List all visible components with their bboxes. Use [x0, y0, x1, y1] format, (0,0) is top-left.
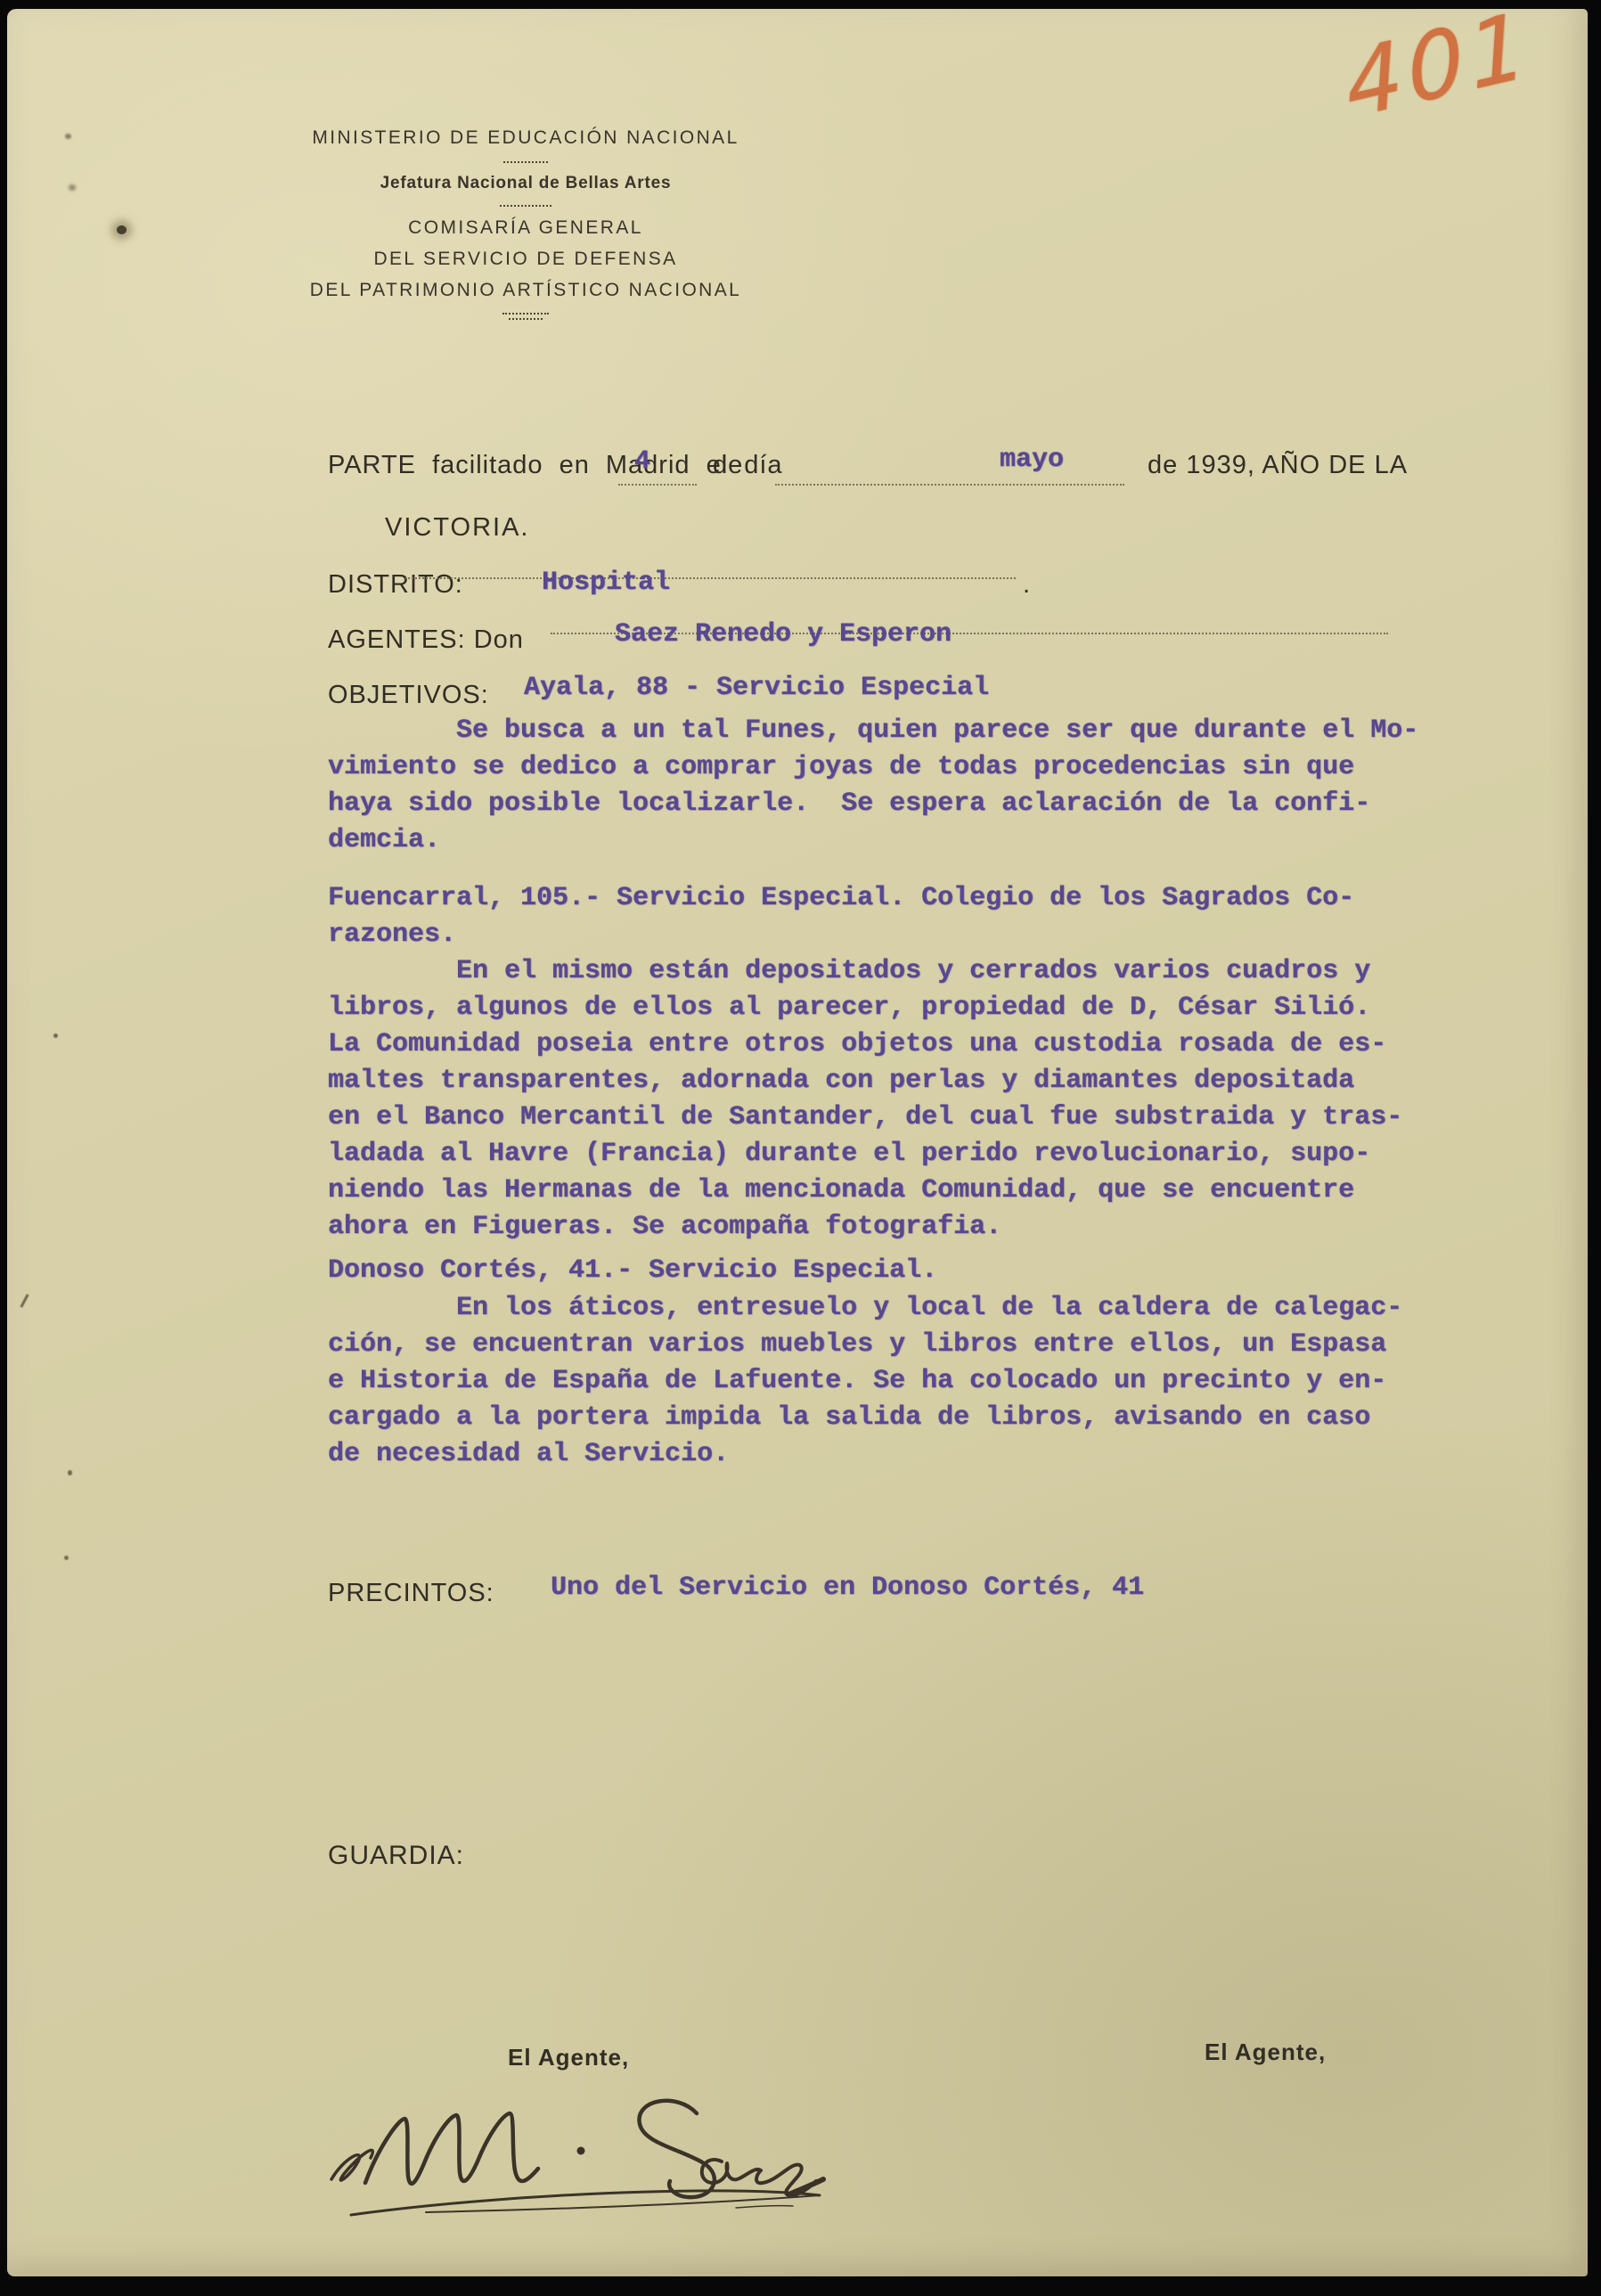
handwritten-signature-m-saez	[319, 2074, 836, 2230]
scanned-document-page: 401 MINISTERIO DE EDUCACIÓN NACIONAL Jef…	[0, 0, 1601, 2296]
month-dotted-rule	[775, 450, 1124, 486]
paper-speck	[65, 134, 71, 139]
distrito-dotted-rule	[405, 543, 1016, 579]
objetivos-label: OBJETIVOS:	[328, 681, 489, 710]
parte-de-label: de	[713, 451, 743, 480]
letterhead-servicio-line: DEL SERVICIO DE DEFENSA	[205, 248, 846, 271]
letterhead-patrimonio-line: DEL PATRIMONIO ARTÍSTICO NACIONAL	[205, 279, 846, 302]
guardia-label: GUARDIA:	[328, 1841, 464, 1871]
paper-speck	[64, 1556, 69, 1560]
letterhead-divider	[503, 161, 548, 163]
body-paragraph-comunidad: En el mismo están depositados y cerrados…	[328, 953, 1477, 1246]
letterhead-ministry-line: MINISTERIO DE EDUCACIÓN NACIONAL	[205, 127, 846, 150]
letterhead-comisaria-line: COMISARÍA GENERAL	[205, 217, 846, 240]
victoria-label: VICTORIA.	[385, 513, 530, 543]
body-paragraph-funes: Se busca a un tal Funes, quien parece se…	[328, 713, 1477, 859]
parte-line-suffix: de 1939, AÑO DE LA	[1148, 451, 1408, 480]
precintos-label: PRECINTOS:	[328, 1579, 494, 1608]
objetivos-value-typed: Ayala, 88 - Servicio Especial	[524, 670, 989, 707]
letterhead-divider	[502, 313, 549, 315]
letterhead-jefatura-line: Jefatura Nacional de Bellas Artes	[205, 173, 846, 193]
agentes-label: AGENTES: Don	[328, 625, 524, 655]
paper-hole	[117, 225, 127, 234]
precintos-value-typed: Uno del Servicio en Donoso Cortés, 41	[551, 1570, 1144, 1606]
body-heading-fuencarral: Fuencarral, 105.- Servicio Especial. Col…	[328, 880, 1477, 953]
distrito-value-typed: Hospital	[542, 565, 670, 601]
letterhead-divider	[509, 318, 543, 320]
agent-label-left: El Agente,	[508, 2044, 629, 2071]
distrito-period: .	[1023, 570, 1031, 600]
paper-speck	[68, 1470, 72, 1475]
letterhead: MINISTERIO DE EDUCACIÓN NACIONAL Jefatur…	[205, 127, 846, 320]
agentes-value-typed: Saez Renedo y Esperon	[615, 617, 952, 653]
day-dotted-rule	[618, 450, 697, 486]
paper-speck	[53, 1034, 58, 1038]
parte-month-typed: mayo	[1000, 442, 1064, 478]
agent-label-right: El Agente,	[1205, 2039, 1326, 2066]
paper-speck	[69, 184, 76, 191]
body-heading-donoso: Donoso Cortés, 41.- Servicio Especial.	[328, 1253, 1477, 1289]
letterhead-divider	[500, 205, 551, 207]
body-paragraph-aticos: En los áticos, entresuelo y local de la …	[328, 1290, 1477, 1473]
